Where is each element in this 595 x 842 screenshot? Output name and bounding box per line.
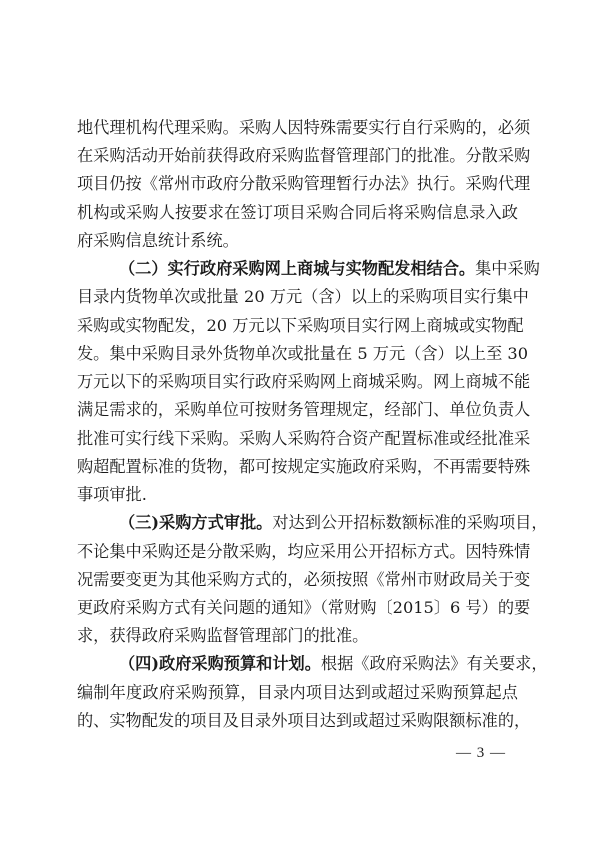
text-line: 况需要变更为其他采购方式的，必须按照《常州市财政局关于变 bbox=[77, 566, 518, 594]
body-text: 地代理机构代理采购。采购人因特殊需要实行自行采购的，必须 在采购活动开始前获得政… bbox=[77, 114, 518, 735]
text-line: 更政府采购方式有关问题的通知》（常财购〔2015〕6 号）的要 bbox=[77, 594, 518, 622]
text-line: 批准可实行线下采购。采购人采购符合资产配置标准或经批准采 bbox=[77, 425, 518, 453]
document-page: 地代理机构代理采购。采购人因特殊需要实行自行采购的，必须 在采购活动开始前获得政… bbox=[0, 0, 595, 842]
text-line: 不论集中采购还是分散采购，均应采用公开招标方式。因特殊情 bbox=[77, 538, 518, 566]
text-line: 府采购信息统计系统。 bbox=[77, 227, 518, 255]
text-line: 满足需求的，采购单位可按财务管理规定，经部门、单位负责人 bbox=[77, 396, 518, 424]
text-line: 万元以下的采购项目实行政府采购网上商城采购。网上商城不能 bbox=[77, 368, 518, 396]
text-line: 目录内货物单次或批量 20 万元（含）以上的采购项目实行集中 bbox=[77, 283, 518, 311]
text-line: 在采购活动开始前获得政府采购监督管理部门的批准。分散采购 bbox=[77, 142, 518, 170]
page-number: — 3 — bbox=[456, 745, 506, 762]
text-line: 发。集中采购目录外货物单次或批量在 5 万元（含）以上至 30 bbox=[77, 340, 518, 368]
text-line: 购超配置标准的货物，都可按规定实施政府采购，不再需要特殊 bbox=[77, 453, 518, 481]
text-line: 地代理机构代理采购。采购人因特殊需要实行自行采购的，必须 bbox=[77, 114, 518, 142]
text-line: 求，获得政府采购监督管理部门的批准。 bbox=[77, 622, 518, 650]
section-heading-line: （四)政府采购预算和计划。根据《政府采购法》有关要求， bbox=[77, 650, 518, 678]
text-run: 集中采购 bbox=[475, 259, 540, 278]
section-heading: （二）实行政府采购网上商城与实物配发相结合。 bbox=[119, 259, 475, 278]
section-heading: （四)政府采购预算和计划。 bbox=[119, 654, 321, 673]
text-line: 项目仍按《常州市政府分散采购管理暂行办法》执行。采购代理 bbox=[77, 170, 518, 198]
section-heading-line: （二）实行政府采购网上商城与实物配发相结合。集中采购 bbox=[77, 255, 518, 283]
text-line: 机构或采购人按要求在签订项目采购合同后将采购信息录入政 bbox=[77, 199, 518, 227]
text-line: 采购或实物配发，20 万元以下采购项目实行网上商城或实物配 bbox=[77, 312, 518, 340]
section-heading-line: （三)采购方式审批。对达到公开招标数额标准的采购项目， bbox=[77, 509, 518, 537]
text-line: 编制年度政府采购预算，目录内项目达到或超过采购预算起点 bbox=[77, 679, 518, 707]
text-run: 对达到公开招标数额标准的采购项目， bbox=[272, 513, 547, 532]
text-run: 根据《政府采购法》有关要求， bbox=[321, 654, 548, 673]
text-line: 的、实物配发的项目及目录外项目达到或超过采购限额标准的， bbox=[77, 707, 518, 735]
section-heading: （三)采购方式审批。 bbox=[119, 513, 272, 532]
text-line: 事项审批. bbox=[77, 481, 518, 509]
